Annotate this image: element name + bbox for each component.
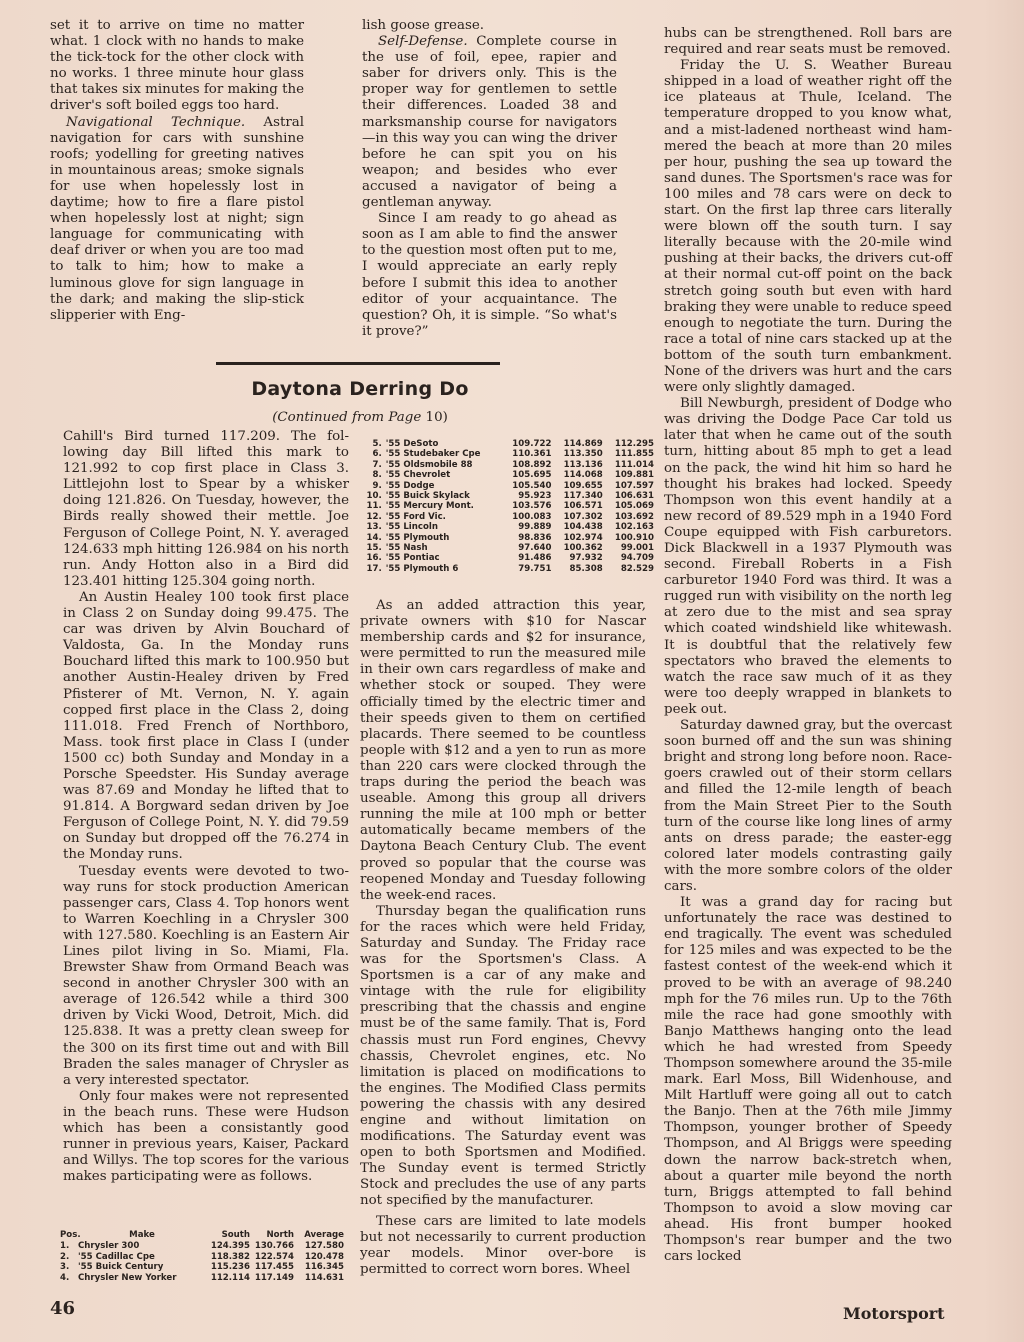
continued-from-note: (Continued from Page 10) [160,410,560,425]
run-in-heading: Navigational Technique. [66,115,245,130]
cell-make: '55 Plymouth [386,533,500,543]
cell-make: '55 Cadillac Cpe [78,1252,206,1262]
table-row: 9.'55 Dodge105.540109.655107.597 [364,481,654,491]
cell-pos: 13. [364,522,386,532]
cell-average: 120.478 [294,1252,344,1262]
cell-average: 94.709 [603,553,654,563]
header-pos: Pos. [60,1230,78,1240]
cell-average: 82.529 [603,564,654,574]
cell-pos: 16. [364,553,386,563]
cell-north: 97.932 [551,553,602,563]
table-row: 11.'55 Mercury Mont.103.576106.571105.06… [364,501,654,511]
header-south: South [206,1230,250,1240]
paragraph: lish goose grease. [362,18,617,34]
cell-pos: 7. [364,460,386,470]
cell-north: 106.571 [551,501,602,511]
cell-make: '55 Buick Skylack [386,491,500,501]
paragraph: These cars are limited to late models bu… [360,1214,646,1278]
table-row: 16.'55 Pontiac91.48697.93294.709 [364,553,654,563]
cell-make: '55 Ford Vic. [386,512,500,522]
header-average: Average [294,1230,344,1240]
table-row: 3.'55 Buick Century115.236117.455116.345 [60,1262,360,1272]
cell-make: '55 Plymouth 6 [386,564,500,574]
paragraph: Cahill's Bird turned 117.209. The fol­lo… [63,429,349,590]
table-header: Pos. Make South North Average [60,1230,360,1240]
cell-pos: 4. [60,1273,78,1283]
cell-south: 118.382 [206,1252,250,1262]
cell-south: 112.114 [206,1273,250,1283]
table-row: 5.'55 DeSoto109.722114.869112.295 [364,439,654,449]
cell-south: 98.836 [500,533,551,543]
cell-make: '55 Dodge [386,481,500,491]
cell-average: 109.881 [603,470,654,480]
paragraph-text: set it to arrive on time no matter what.… [50,18,304,113]
cell-north: 114.068 [551,470,602,480]
previous-article-column-2: lish goose grease. Self-Defense. Complet… [362,18,617,340]
cell-pos: 6. [364,449,386,459]
paragraph-text: Complete course in the use of foil, epee… [362,34,617,210]
paragraph: Tuesday events were devoted to two-way r… [63,864,349,1089]
cell-south: 91.486 [500,553,551,563]
cell-north: 114.869 [551,439,602,449]
cell-north: 113.136 [551,460,602,470]
article-column-2: As an added attraction this year, privat… [360,598,646,1278]
cell-south: 105.695 [500,470,551,480]
table-row: 7.'55 Oldsmobile 88108.892113.136111.014 [364,460,654,470]
table-row: 14.'55 Plymouth98.836102.974100.910 [364,533,654,543]
paragraph: Saturday dawned gray, but the over­cast … [664,718,952,895]
cell-pos: 2. [60,1252,78,1262]
cell-pos: 17. [364,564,386,574]
cell-make: '55 Pontiac [386,553,500,563]
continued-label: (Continued from Page [272,410,421,425]
cell-make: '55 Mercury Mont. [386,501,500,511]
cell-north: 122.574 [250,1252,294,1262]
table-row: 6.'55 Studebaker Cpe110.361113.350111.85… [364,449,654,459]
cell-make: '55 Nash [386,543,500,553]
table-row: 8.'55 Chevrolet105.695114.068109.881 [364,470,654,480]
table-row: 10.'55 Buick Skylack95.923117.340106.631 [364,491,654,501]
cell-average: 116.345 [294,1262,344,1272]
cell-north: 117.340 [551,491,602,501]
cell-south: 110.361 [500,449,551,459]
cell-north: 130.766 [250,1241,294,1251]
paragraph: Friday the U. S. Weather Bureau shipped … [664,58,952,396]
cell-average: 106.631 [603,491,654,501]
table-row: 1.Chrysler 300124.395130.766127.580 [60,1241,360,1251]
continued-page: 10) [426,410,448,425]
run-in-heading: Self-Defense. [378,34,468,49]
cell-south: 109.722 [500,439,551,449]
cell-make: '55 Studebaker Cpe [386,449,500,459]
previous-article-column-1: set it to arrive on time no matter what.… [50,18,304,324]
cell-pos: 3. [60,1262,78,1272]
paragraph: set it to arrive on time no matter what.… [50,18,304,115]
results-table-top: Pos. Make South North Average 1.Chrysler… [60,1230,360,1283]
cell-pos: 11. [364,501,386,511]
paragraph: Thursday began the qualification runs fo… [360,904,646,1210]
cell-make: '55 Buick Century [78,1262,206,1272]
paragraph: Navigational Technique. Astral navigatio… [50,115,304,324]
paragraph-text: Since I am ready to go ahead as soon as … [362,211,617,339]
paragraph: Only four makes were not repre­sented in… [63,1089,349,1186]
page-number: 46 [50,1298,75,1319]
cell-average: 111.855 [603,449,654,459]
cell-average: 107.597 [603,481,654,491]
cell-make: '55 Oldsmobile 88 [386,460,500,470]
header-make: Make [78,1230,206,1240]
paragraph: hubs can be strengthened. Roll bars are … [664,26,952,58]
cell-north: 117.455 [250,1262,294,1272]
cell-average: 105.069 [603,501,654,511]
cell-average: 127.580 [294,1241,344,1251]
cell-make: Chrysler 300 [78,1241,206,1251]
cell-south: 79.751 [500,564,551,574]
cell-south: 115.236 [206,1262,250,1272]
table-row: 2.'55 Cadillac Cpe118.382122.574120.478 [60,1252,360,1262]
cell-average: 112.295 [603,439,654,449]
cell-pos: 12. [364,512,386,522]
cell-pos: 9. [364,481,386,491]
cell-pos: 1. [60,1241,78,1251]
paragraph: Since I am ready to go ahead as soon as … [362,211,617,340]
cell-average: 99.001 [603,543,654,553]
cell-south: 100.083 [500,512,551,522]
article-title: Daytona Derring Do [160,378,560,400]
article-column-3: hubs can be strengthened. Roll bars are … [664,26,952,1265]
cell-make: Chrysler New Yorker [78,1273,206,1283]
cell-south: 99.889 [500,522,551,532]
paragraph-text: Astral navigation for cars with sunshine… [50,115,304,323]
cell-north: 100.362 [551,543,602,553]
cell-south: 97.640 [500,543,551,553]
cell-south: 95.923 [500,491,551,501]
cell-pos: 5. [364,439,386,449]
cell-pos: 15. [364,543,386,553]
cell-pos: 14. [364,533,386,543]
cell-north: 104.438 [551,522,602,532]
paragraph: Bill Newburgh, president of Dodge who wa… [664,396,952,718]
cell-make: '55 Chevrolet [386,470,500,480]
header-north: North [250,1230,294,1240]
magazine-page: set it to arrive on time no matter what.… [0,0,1024,1342]
cell-north: 109.655 [551,481,602,491]
cell-average: 100.910 [603,533,654,543]
cell-south: 103.576 [500,501,551,511]
cell-average: 102.163 [603,522,654,532]
paragraph: An Austin Healey 100 took first place in… [63,590,349,864]
cell-make: '55 Lincoln [386,522,500,532]
paragraph: Self-Defense. Complete course in the use… [362,34,617,211]
cell-make: '55 DeSoto [386,439,500,449]
paragraph: As an added attraction this year, privat… [360,598,646,904]
table-row: 17.'55 Plymouth 679.75185.30882.529 [364,564,654,574]
cell-north: 117.149 [250,1273,294,1283]
cell-south: 124.395 [206,1241,250,1251]
cell-average: 114.631 [294,1273,344,1283]
cell-average: 103.692 [603,512,654,522]
cell-south: 105.540 [500,481,551,491]
table-row: 4.Chrysler New Yorker112.114117.149114.6… [60,1273,360,1283]
table-row: 13.'55 Lincoln99.889104.438102.163 [364,522,654,532]
cell-north: 85.308 [551,564,602,574]
table-row: 12.'55 Ford Vic.100.083107.302103.692 [364,512,654,522]
article-column-1: Cahill's Bird turned 117.209. The fol­lo… [63,429,349,1185]
cell-north: 102.974 [551,533,602,543]
results-table-continued: 5.'55 DeSoto109.722114.869112.2956.'55 S… [364,439,654,574]
cell-north: 113.350 [551,449,602,459]
cell-average: 111.014 [603,460,654,470]
cell-south: 108.892 [500,460,551,470]
paragraph: It was a grand day for racing but unfort… [664,895,952,1265]
table-row: 15.'55 Nash97.640100.36299.001 [364,543,654,553]
publication-name: Motorsport [843,1304,945,1323]
cell-pos: 10. [364,491,386,501]
cell-pos: 8. [364,470,386,480]
cell-north: 107.302 [551,512,602,522]
section-divider [216,362,500,365]
paragraph-text: lish goose grease. [362,18,484,33]
